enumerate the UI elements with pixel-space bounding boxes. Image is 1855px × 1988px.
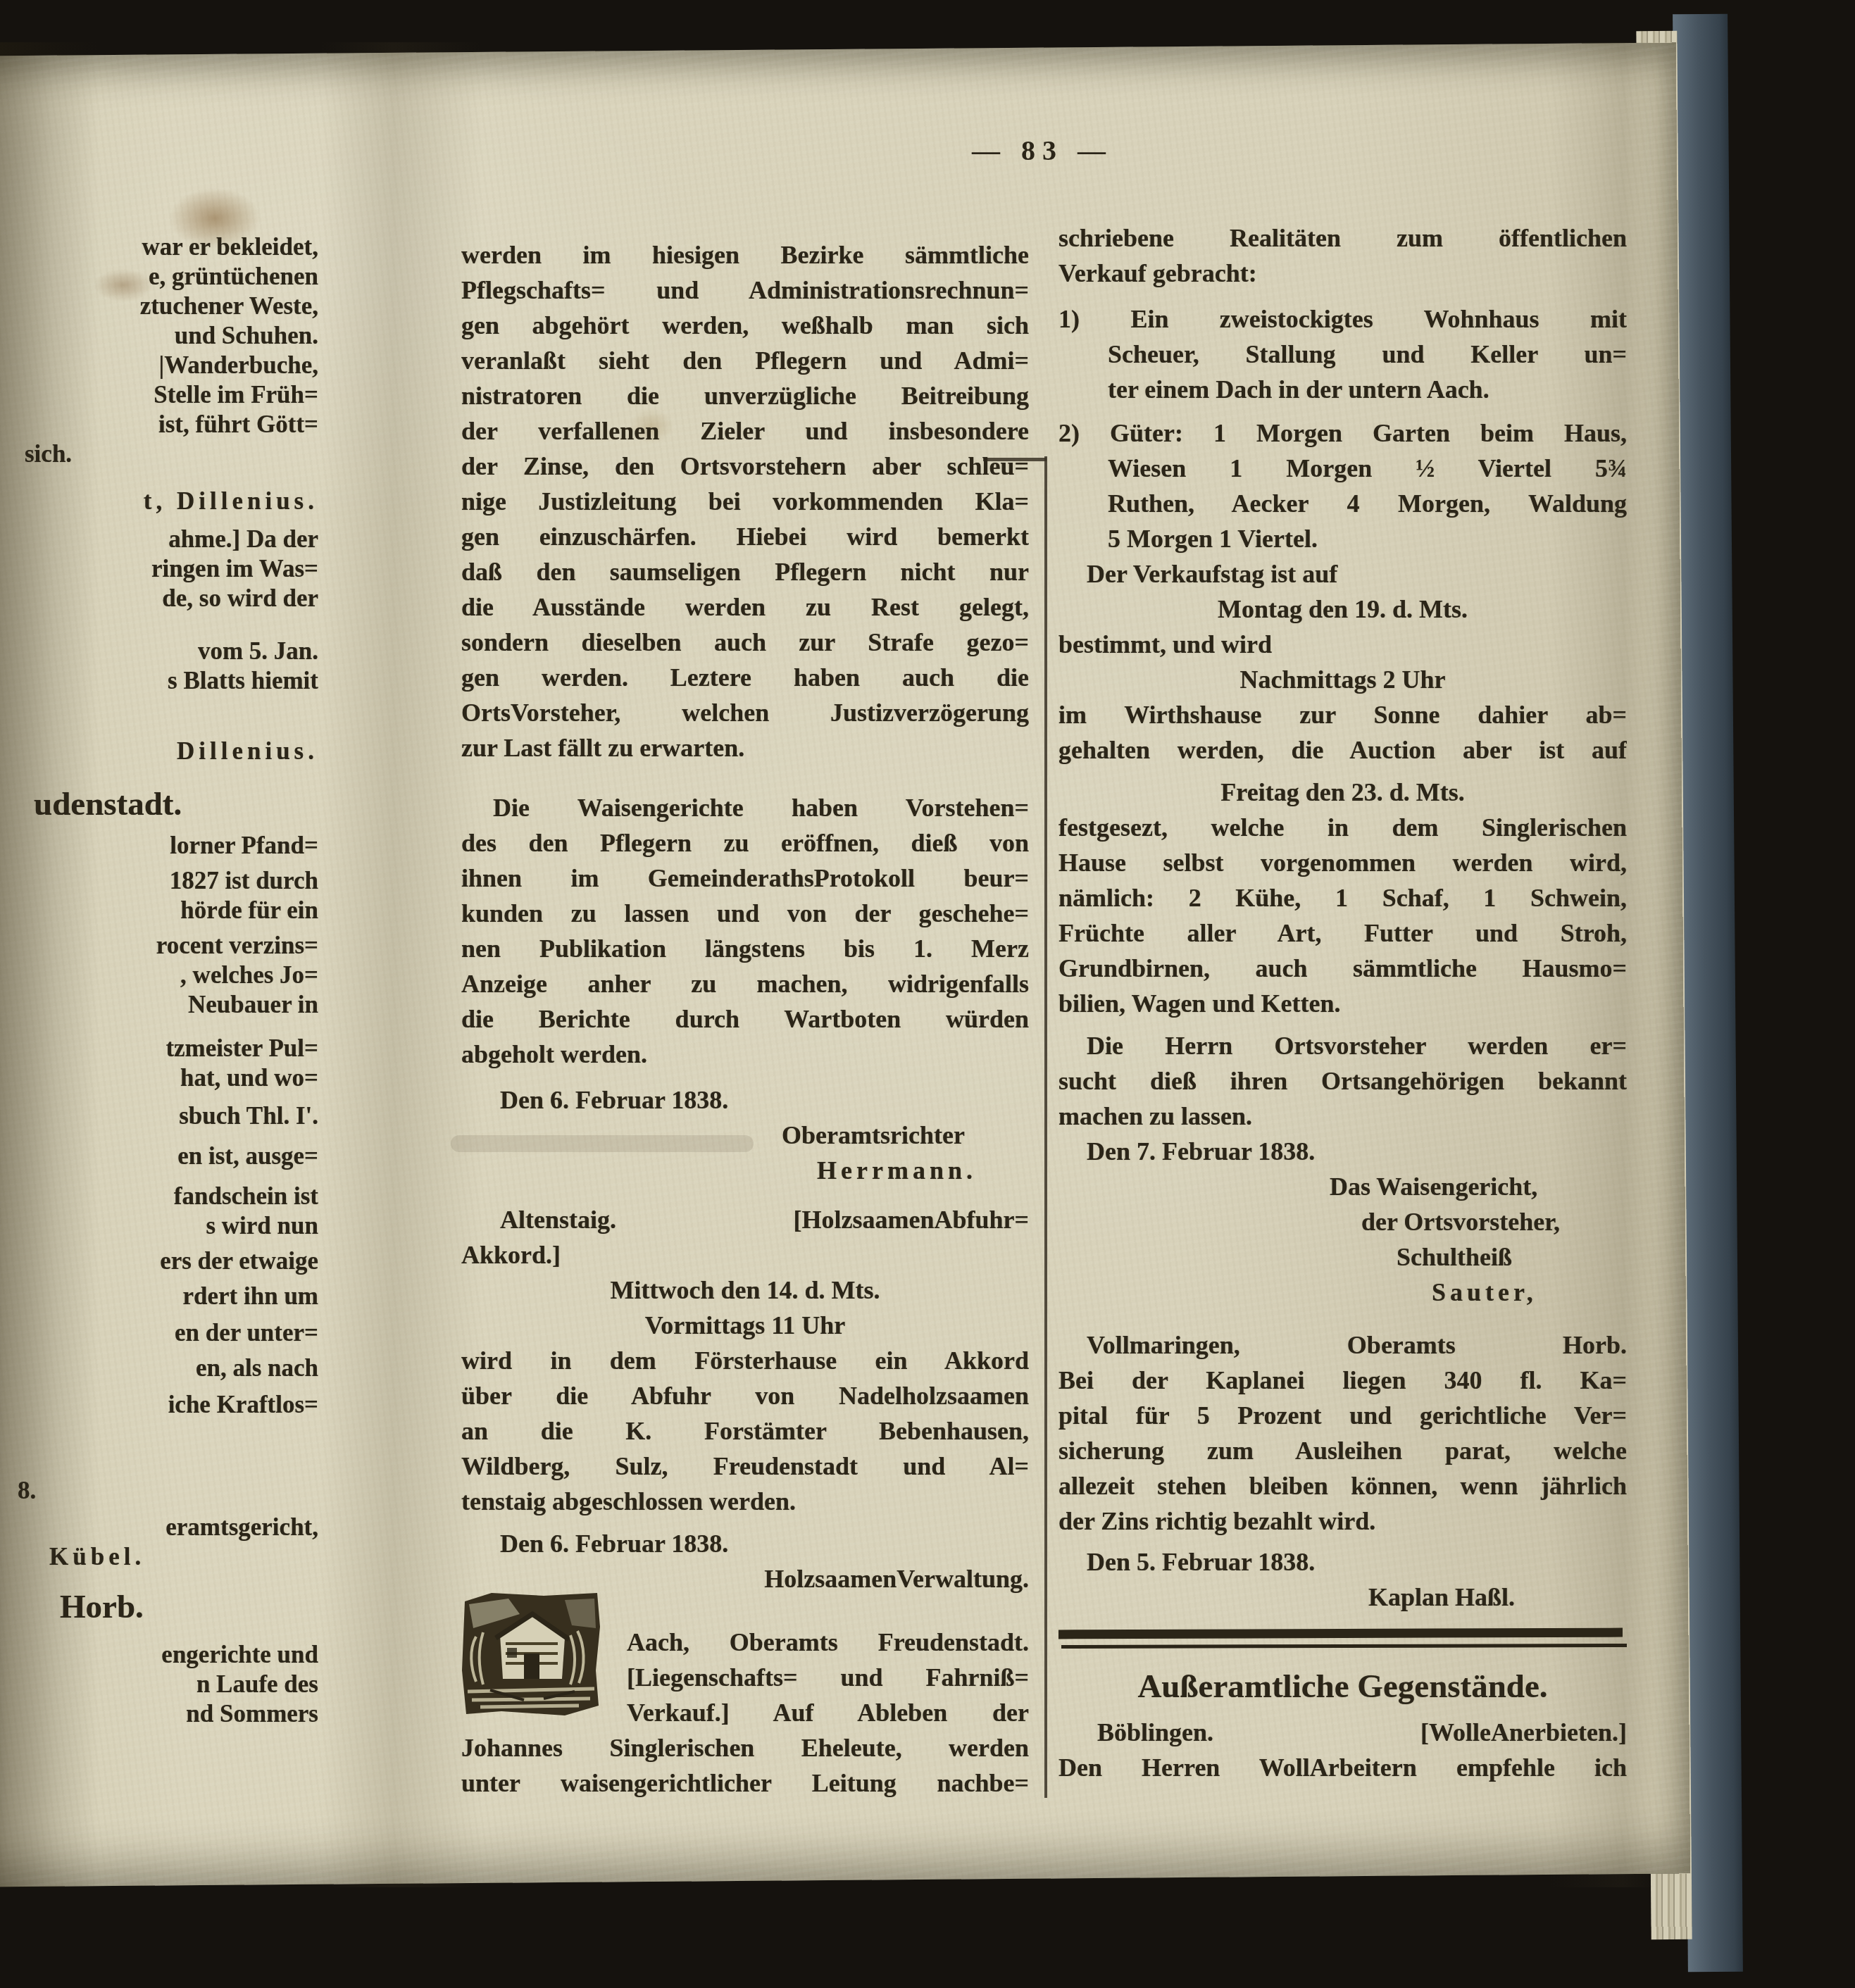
text-line: Die Waisengerichte haben Vorstehen= <box>461 790 1029 825</box>
text-line: Neubauer in <box>0 990 318 1020</box>
text-line: Mittwoch den 14. d. Mts. <box>461 1273 1029 1308</box>
text-line: des den Pflegern zu eröffnen, dieß von <box>461 825 1029 861</box>
text-line: allezeit stehen bleiben können, wenn jäh… <box>1058 1468 1627 1503</box>
text-line: udenstadt. <box>0 782 318 827</box>
page-number: — 83 — <box>461 134 1623 167</box>
middle-column: werden im hiesigen Bezirke sämmtlichePfl… <box>461 237 1029 1801</box>
text-line: kunden zu lassen und von der geschehe= <box>461 896 1029 931</box>
text-line: Den 5. Februar 1838. <box>1058 1544 1627 1580</box>
text-line: t, Dillenius. <box>0 487 318 516</box>
text-line: Wiesen 1 Morgen ½ Viertel 5¾ <box>1058 451 1627 486</box>
text-line: Wildberg, Sulz, Freudenstadt und Al= <box>461 1449 1029 1484</box>
text-line: Grundbirnen, auch sämmtliche Hausmo= <box>1058 951 1627 986</box>
text-line: s wird nun <box>0 1211 318 1241</box>
text-line: Die Herrn Ortsvorsteher werden er= <box>1058 1028 1627 1063</box>
text-line: im Wirthshause zur Sonne dahier ab= <box>1058 697 1627 732</box>
text-line: Böblingen. [WolleAnerbieten.] <box>1058 1715 1627 1750</box>
text-line: n Laufe des <box>0 1670 318 1699</box>
text-line: sucht dieß ihren Ortsangehörigen bekannt <box>1058 1063 1627 1099</box>
text-line: fandschein ist <box>0 1182 318 1211</box>
text-line: |Wanderbuche, <box>0 351 318 380</box>
text-line: rdert ihn um <box>0 1282 318 1311</box>
text-line: ist, führt Gött= <box>0 410 318 439</box>
text-line: Horb. <box>0 1584 318 1630</box>
text-line: lorner Pfand= <box>0 831 318 861</box>
farmhouse-woodcut-illustration <box>459 1586 604 1721</box>
text-line: über die Abfuhr von Nadelholzsaamen <box>461 1378 1029 1413</box>
text-line: tenstaig abgeschlossen werden. <box>461 1484 1029 1519</box>
text-line: ers der etwaige <box>0 1246 318 1276</box>
text-line: nämlich: 2 Kühe, 1 Schaf, 1 Schwein, <box>1058 880 1627 915</box>
text-line: 1827 ist durch <box>0 866 318 896</box>
text-line: iche Kraftlos= <box>0 1390 318 1420</box>
text-line: gen einzuschärfen. Hiebei wird bemerkt <box>461 519 1029 554</box>
text-line: Bei der Kaplanei liegen 340 fl. Ka= <box>1058 1363 1627 1398</box>
text-line: Außeramtliche Gegenstände. <box>1058 1664 1627 1709</box>
text-line: Montag den 19. d. Mts. <box>1058 592 1627 627</box>
text-line: Den 7. Februar 1838. <box>1058 1134 1627 1169</box>
text-line: ahme.] Da der <box>0 525 318 554</box>
text-line: nige Justizleitung bei vorkommenden Kla= <box>461 484 1029 519</box>
text-line: daß den saumseligen Pflegern nicht nur <box>461 554 1029 589</box>
text-line: , welches Jo= <box>0 961 318 990</box>
text-line: Freitag den 23. d. Mts. <box>1058 775 1627 810</box>
text-line: ihnen im GemeinderathsProtokoll beur= <box>461 861 1029 896</box>
text-line: ztuchener Weste, <box>0 292 318 321</box>
text-line: pital für 5 Prozent und gerichtliche Ver… <box>1058 1398 1627 1433</box>
text-line: gen abgehört werden, weßhalb man sich <box>461 308 1029 343</box>
text-line: Stelle im Früh= <box>0 380 318 410</box>
text-line: werden im hiesigen Bezirke sämmtliche <box>461 237 1029 273</box>
text-line: die Berichte durch Wartboten würden <box>461 1001 1029 1037</box>
text-line: bestimmt, und wird <box>1058 627 1627 662</box>
text-line: engerichte und <box>0 1640 318 1670</box>
text-line: unter waisengerichtlicher Leitung nachbe… <box>461 1765 1029 1801</box>
text-line: sondern dieselben auch zur Strafe gezo= <box>461 625 1029 660</box>
text-line: 2) Güter: 1 Morgen Garten beim Haus, <box>1058 415 1627 451</box>
text-line: Den Herren WollArbeitern empfehle ich <box>1058 1750 1627 1785</box>
text-line: machen zu lassen. <box>1058 1099 1627 1134</box>
text-line: en der unter= <box>0 1318 318 1348</box>
scanned-book-page-photo: — 83 — war er bekleidet,e, grüntüchenenz… <box>0 0 1855 1988</box>
text-line: Der Verkaufstag ist auf <box>1058 556 1627 592</box>
text-line: Johannes Singlerischen Eheleute, werden <box>461 1730 1029 1765</box>
text-line: en, als nach <box>0 1354 318 1383</box>
text-line: der verfallenen Zieler und insbesondere <box>461 413 1029 449</box>
text-line: Ruthen, Aecker 4 Morgen, Waldung <box>1058 486 1627 521</box>
text-line: zur Last fällt zu erwarten. <box>461 730 1029 765</box>
text-line: gen werden. Leztere haben auch die <box>461 660 1029 695</box>
text-line: Kaplan Haßl. <box>1058 1580 1627 1615</box>
text-line: und Schuhen. <box>0 321 318 351</box>
text-line: Anzeige anher zu machen, widrigenfalls <box>461 966 1029 1001</box>
text-line: wird in dem Försterhause ein Akkord <box>461 1343 1029 1378</box>
text-line: OrtsVorsteher, welchen Justizverzögerung <box>461 695 1029 730</box>
text-line: Kübel. <box>0 1542 318 1572</box>
column-divider-rule <box>1044 456 1047 1798</box>
text-line: eramtsgericht, <box>0 1513 318 1542</box>
text-line: Schultheiß <box>1058 1239 1627 1275</box>
text-line: der Zins richtig bezahlt wird. <box>1058 1503 1627 1539</box>
text-line: sich. <box>0 439 318 469</box>
text-line: vom 5. Jan. <box>0 637 318 666</box>
text-line: der Zinse, den Ortsvorstehern aber schle… <box>461 449 1029 484</box>
text-line: Herrmann. <box>461 1153 1029 1188</box>
text-line: nen Publikation längstens bis 1. Merz <box>461 931 1029 966</box>
text-line: Altenstaig. [HolzsaamenAbfuhr= <box>461 1202 1029 1237</box>
text-line: en ist, ausge= <box>0 1142 318 1171</box>
right-column: schriebene Realitäten zum öffentlichenVe… <box>1058 220 1627 1785</box>
text-line: schriebene Realitäten zum öffentlichen <box>1058 220 1627 256</box>
text-line: die Ausstände werden zu Rest gelegt, <box>461 589 1029 625</box>
text-line: war er bekleidet, <box>0 232 318 262</box>
text-line: hörde für ein <box>0 896 318 925</box>
text-line: nd Sommers <box>0 1699 318 1729</box>
text-line: Vollmaringen, Oberamts Horb. <box>1058 1327 1627 1363</box>
text-line: Oberamtsrichter <box>461 1118 1029 1153</box>
text-line: nistratoren die unverzügliche Beitreibun… <box>461 378 1029 413</box>
text-line: festgesezt, welche in dem Singlerischen <box>1058 810 1627 845</box>
text-line: s Blatts hiemit <box>0 666 318 696</box>
text-line: Hause selbst vorgenommen werden wird, <box>1058 845 1627 880</box>
section-double-rule <box>1058 1629 1627 1654</box>
text-line: Akkord.] <box>461 1237 1029 1273</box>
text-line: ter einem Dach in der untern Aach. <box>1058 372 1627 407</box>
text-line: Nachmittags 2 Uhr <box>1058 662 1627 697</box>
text-line: hat, und wo= <box>0 1063 318 1093</box>
text-line: 8. <box>0 1476 318 1506</box>
text-line: bilien, Wagen und Ketten. <box>1058 986 1627 1021</box>
text-line: an die K. Forstämter Bebenhausen, <box>461 1413 1029 1449</box>
text-line: gehalten werden, die Auction aber ist au… <box>1058 732 1627 768</box>
text-line: Scheuer, Stallung und Keller un= <box>1058 337 1627 372</box>
text-line: ringen im Was= <box>0 554 318 584</box>
text-line: tzmeister Pul= <box>0 1034 318 1063</box>
text-line: 5 Morgen 1 Viertel. <box>1058 521 1627 556</box>
text-line: de, so wird der <box>0 584 318 613</box>
text-line: Dillenius. <box>0 737 318 766</box>
text-line: veranlaßt sieht den Pflegern und Admi= <box>461 343 1029 378</box>
center-fold-shadow <box>320 42 482 1887</box>
text-line: Vormittags 11 Uhr <box>461 1308 1029 1343</box>
text-line: abgeholt werden. <box>461 1037 1029 1072</box>
text-line: Pflegschafts= und Administrationsrechnun… <box>461 273 1029 308</box>
text-line: Den 6. Februar 1838. <box>461 1526 1029 1561</box>
text-line: e, grüntüchenen <box>0 262 318 292</box>
text-line: Das Waisengericht, <box>1058 1169 1627 1204</box>
text-line: Sauter, <box>1058 1275 1627 1310</box>
left-column-fragment: war er bekleidet,e, grüntüchenenztuchene… <box>0 232 318 1729</box>
text-line: Den 6. Februar 1838. <box>461 1082 1029 1118</box>
text-line: rocent verzins= <box>0 931 318 961</box>
text-line: Verkauf gebracht: <box>1058 256 1627 291</box>
text-line: Früchte aller Art, Futter und Stroh, <box>1058 915 1627 951</box>
text-line: 1) Ein zweistockigtes Wohnhaus mit <box>1058 301 1627 337</box>
text-line: sicherung zum Ausleihen parat, welche <box>1058 1433 1627 1468</box>
text-line: der Ortsvorsteher, <box>1058 1204 1627 1239</box>
text-line: sbuch Thl. I'. <box>0 1101 318 1131</box>
